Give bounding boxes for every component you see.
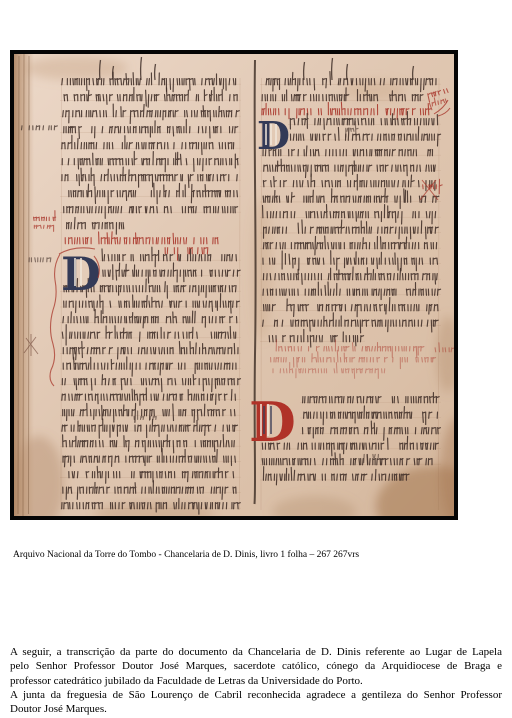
photo-caption: Arquivo Nacional da Torre do Tombo - Cha…	[13, 549, 509, 561]
body-line-3: professor catedrático jubilado da Faculd…	[10, 674, 502, 688]
body-line-2: pelo Senhor Professor Doutor José Marque…	[10, 659, 502, 673]
initial-d-right-bottom: D	[249, 390, 296, 454]
body-line-4: A junta da freguesia de São Lourenço de …	[10, 688, 502, 702]
page: { "figure": { "description": "Photograph…	[0, 0, 512, 718]
manuscript-image: D D D	[14, 54, 454, 516]
body-line-1: A seguir, a transcrição da parte do docu…	[10, 645, 502, 659]
body-text: A seguir, a transcrição da parte do docu…	[10, 645, 502, 716]
body-line-5: Doutor José Marques.	[10, 702, 502, 716]
manuscript-photo: D D D	[10, 50, 458, 520]
initial-d-right-top: D	[257, 113, 290, 158]
